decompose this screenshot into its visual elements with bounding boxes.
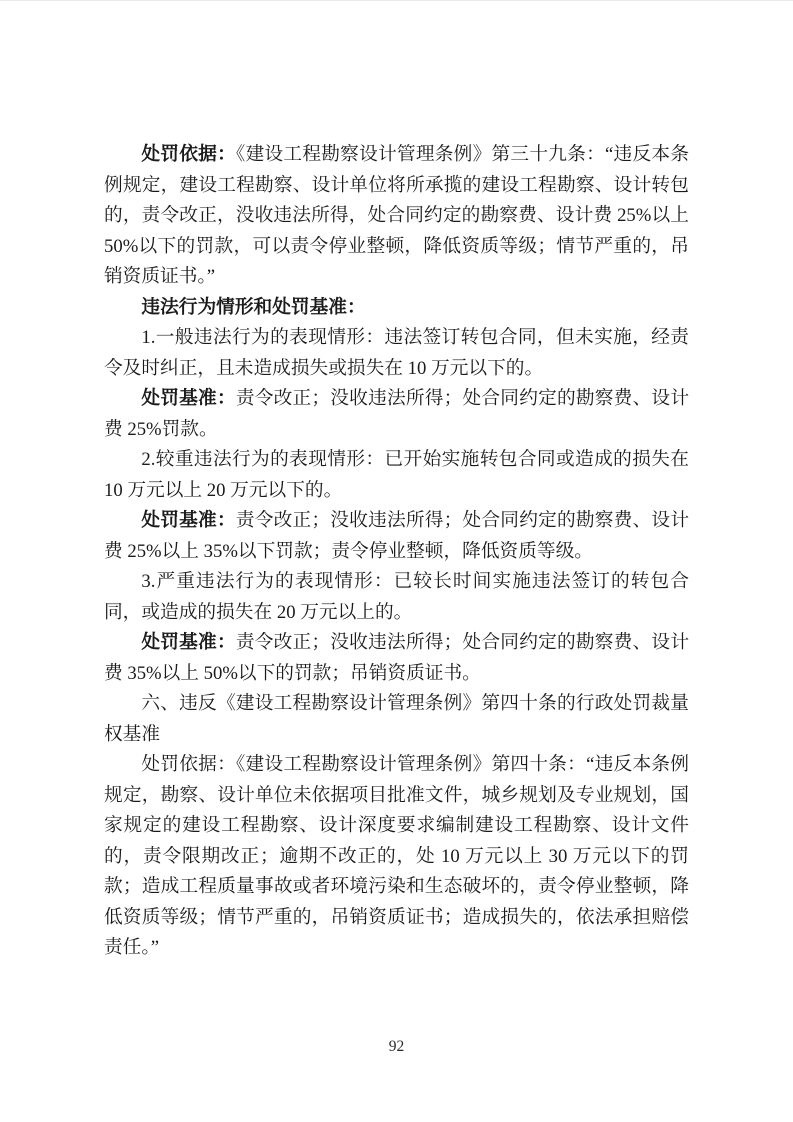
paragraph-lead: 处罚基准： bbox=[141, 510, 235, 531]
paragraph-lead: 处罚依据： bbox=[141, 144, 236, 165]
document-body: 处罚依据：《建设工程勘察设计管理条例》第三十九条：“违反本条例规定，建设工程勘察… bbox=[104, 140, 689, 964]
paragraph: 六、违反《建设工程勘察设计管理条例》第四十条的行政处罚裁量权基准 bbox=[104, 689, 689, 750]
paragraph: 处罚依据：《建设工程勘察设计管理条例》第三十九条：“违反本条例规定，建设工程勘察… bbox=[104, 140, 689, 293]
paragraph: 3.严重违法行为的表现情形：已较长时间实施违法签订的转包合同，或造成的损失在 2… bbox=[104, 567, 689, 628]
paragraph-text: 1.一般违法行为的表现情形：违法签订转包合同，但未实施，经责令及时纠正，且未造成… bbox=[104, 327, 689, 379]
paragraph: 2.较重违法行为的表现情形：已开始实施转包合同或造成的损失在 10 万元以上 2… bbox=[104, 445, 689, 506]
page-footer: 92 bbox=[0, 1038, 793, 1056]
paragraph: 处罚基准：责令改正；没收违法所得；处合同约定的勘察费、设计费 25%以上 35%… bbox=[104, 506, 689, 567]
paragraph: 1.一般违法行为的表现情形：违法签订转包合同，但未实施，经责令及时纠正，且未造成… bbox=[104, 323, 689, 384]
paragraph: 处罚基准：责令改正；没收违法所得；处合同约定的勘察费、设计费 25%罚款。 bbox=[104, 384, 689, 445]
paragraph-lead: 违法行为情形和处罚基准： bbox=[141, 297, 365, 318]
paragraph-text: 六、违反《建设工程勘察设计管理条例》第四十条的行政处罚裁量权基准 bbox=[104, 693, 689, 745]
page-number: 92 bbox=[389, 1038, 405, 1055]
page-edge bbox=[0, 0, 793, 1]
paragraph-text: 处罚依据：《建设工程勘察设计管理条例》第四十条：“违反本条例规定，勘察、设计单位… bbox=[104, 754, 689, 958]
paragraph-text: 2.较重违法行为的表现情形：已开始实施转包合同或造成的损失在 10 万元以上 2… bbox=[104, 449, 689, 501]
paragraph-lead: 处罚基准： bbox=[141, 388, 235, 409]
paragraph: 违法行为情形和处罚基准： bbox=[104, 293, 689, 324]
paragraph-lead: 处罚基准： bbox=[141, 632, 235, 653]
paragraph: 处罚依据：《建设工程勘察设计管理条例》第四十条：“违反本条例规定，勘察、设计单位… bbox=[104, 750, 689, 964]
paragraph-text: 《建设工程勘察设计管理条例》第三十九条：“违反本条例规定，建设工程勘察、设计单位… bbox=[104, 144, 689, 287]
paragraph-text: 3.严重违法行为的表现情形：已较长时间实施违法签订的转包合同，或造成的损失在 2… bbox=[104, 571, 689, 623]
paragraph: 处罚基准：责令改正；没收违法所得；处合同约定的勘察费、设计费 35%以上 50%… bbox=[104, 628, 689, 689]
